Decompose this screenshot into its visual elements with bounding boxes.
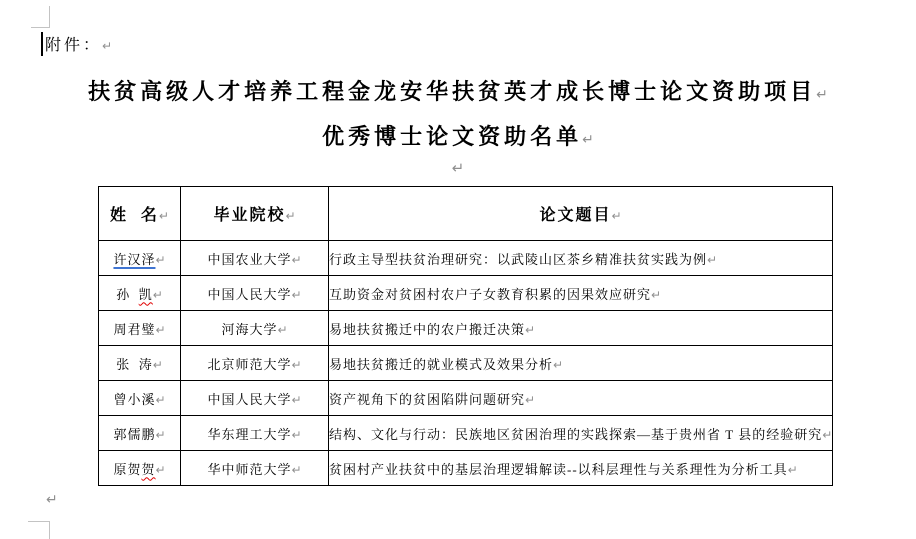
attachment-label: 附件： [45,37,102,54]
header-school-cell[interactable]: 毕业院校↵ [181,187,329,241]
header-name-label: 姓 名 [110,207,159,224]
table-header-row: 姓 名↵ 毕业院校↵ 论文题目↵ [99,187,833,241]
title-line1-text: 扶贫高级人才培养工程金龙安华扶贫英才成长博士论文资助项目 [88,79,816,104]
thesis-cell[interactable]: 资产视角下的贫困陷阱问题研究↵ [329,381,833,416]
document-page[interactable]: { "document": { "attachment_label": "附件：… [0,0,916,539]
table-row: 曾小溪↵ 中国人民大学↵ 资产视角下的贫困陷阱问题研究↵ [99,381,833,416]
thesis-text: 资产视角下的贫困陷阱问题研究 [329,392,525,407]
paragraph-mark-icon: ↵ [155,323,165,337]
paragraph-mark-icon: ↵ [707,253,717,267]
school-text: 北京师范大学 [207,357,291,372]
paragraph-mark-icon: ↵ [46,492,58,508]
paragraph-mark-icon: ↵ [525,323,535,337]
crop-mark-top-left-vertical [49,6,50,28]
name-cell[interactable]: 曾小溪↵ [99,381,181,416]
document-title[interactable]: 扶贫高级人才培养工程金龙安华扶贫英才成长博士论文资助项目↵ 优秀博士论文资助名单… [0,71,916,161]
thesis-cell[interactable]: 行政主导型扶贫治理研究：以武陵山区茶乡精准扶贫实践为例↵ [329,241,833,276]
crop-mark-top-left-horizontal [31,27,50,28]
paragraph-mark-icon: ↵ [155,393,165,407]
name-text: 周君璧 [113,322,155,337]
name-cell[interactable]: 周君璧↵ [99,311,181,346]
title-line2-text: 优秀博士论文资助名单 [322,124,582,149]
header-thesis-cell[interactable]: 论文题目↵ [329,187,833,241]
paragraph-mark-icon: ↵ [611,209,621,223]
thesis-cell[interactable]: 易地扶贫搬迁的就业模式及效果分析↵ [329,346,833,381]
paragraph-mark-icon: ↵ [155,253,165,267]
document-title-line2[interactable]: 优秀博士论文资助名单↵ [0,116,916,161]
attachment-paragraph[interactable]: 附件：↵ [45,32,112,55]
school-text: 华东理工大学 [207,427,291,442]
text-cursor [41,32,43,56]
paragraph-mark-icon: ↵ [582,132,594,148]
name-text-marked: 贺 [141,462,155,477]
thesis-cell[interactable]: 贫困村产业扶贫中的基层治理逻辑解读--以科层理性与关系理性为分析工具↵ [329,451,833,486]
paragraph-mark-icon: ↵ [159,209,169,223]
name-cell[interactable]: 孙 凯↵ [99,276,181,311]
paragraph-mark-icon: ↵ [291,288,301,302]
school-text: 中国人民大学 [207,287,291,302]
paragraph-mark-icon: ↵ [277,323,287,337]
crop-mark-bottom-left-vertical [49,521,50,539]
table-row: 原贺贺↵ 华中师范大学↵ 贫困村产业扶贫中的基层治理逻辑解读--以科层理性与关系… [99,451,833,486]
paragraph-mark-icon: ↵ [553,358,563,372]
paragraph-mark-icon: ↵ [102,39,112,53]
name-text-marked: 许汉泽 [113,252,155,267]
table-body: 许汉泽↵ 中国农业大学↵ 行政主导型扶贫治理研究：以武陵山区茶乡精准扶贫实践为例… [99,241,833,486]
paragraph-mark-icon: ↵ [153,358,163,372]
thesis-table[interactable]: 姓 名↵ 毕业院校↵ 论文题目↵ 许汉泽↵ 中国农业大学↵ 行政主导型扶贫治理研… [98,186,833,486]
thesis-text: 易地扶贫搬迁的就业模式及效果分析 [329,357,553,372]
empty-paragraph[interactable]: ↵ [0,156,916,181]
school-text: 中国农业大学 [207,252,291,267]
after-table-paragraph[interactable]: ↵ [46,490,58,510]
school-text: 中国人民大学 [207,392,291,407]
paragraph-mark-icon: ↵ [788,463,798,477]
name-text: 孙 [116,287,139,302]
paragraph-mark-icon: ↵ [452,159,465,177]
paragraph-mark-icon: ↵ [291,358,301,372]
paragraph-mark-icon: ↵ [285,209,295,223]
name-text: 郭儒鹏 [113,427,155,442]
school-cell[interactable]: 河海大学↵ [181,311,329,346]
school-cell[interactable]: 中国人民大学↵ [181,276,329,311]
paragraph-mark-icon: ↵ [291,428,301,442]
paragraph-mark-icon: ↵ [155,428,165,442]
thesis-cell[interactable]: 互助资金对贫困村农户子女教育积累的因果效应研究↵ [329,276,833,311]
table-row: 许汉泽↵ 中国农业大学↵ 行政主导型扶贫治理研究：以武陵山区茶乡精准扶贫实践为例… [99,241,833,276]
header-school-label: 毕业院校 [213,207,285,224]
thesis-text: 易地扶贫搬迁中的农户搬迁决策 [329,322,525,337]
name-text: 原贺 [113,462,141,477]
paragraph-mark-icon: ↵ [153,288,163,302]
crop-mark-bottom-left-horizontal [28,521,50,522]
table-row: 张 涛↵ 北京师范大学↵ 易地扶贫搬迁的就业模式及效果分析↵ [99,346,833,381]
school-cell[interactable]: 中国农业大学↵ [181,241,329,276]
table-row: 周君璧↵ 河海大学↵ 易地扶贫搬迁中的农户搬迁决策↵ [99,311,833,346]
paragraph-mark-icon: ↵ [291,463,301,477]
paragraph-mark-icon: ↵ [651,288,661,302]
name-text-marked: 凯 [139,287,153,302]
name-text: 曾小溪 [113,392,155,407]
paragraph-mark-icon: ↵ [155,463,165,477]
name-text: 张 涛 [116,357,153,372]
thesis-text: 行政主导型扶贫治理研究：以武陵山区茶乡精准扶贫实践为例 [329,252,707,267]
thesis-text: 贫困村产业扶贫中的基层治理逻辑解读--以科层理性与关系理性为分析工具 [329,462,788,477]
paragraph-mark-icon: ↵ [291,393,301,407]
table-row: 郭儒鹏↵ 华东理工大学↵ 结构、文化与行动：民族地区贫困治理的实践探索—基于贵州… [99,416,833,451]
school-cell[interactable]: 华中师范大学↵ [181,451,329,486]
school-text: 华中师范大学 [207,462,291,477]
school-cell[interactable]: 华东理工大学↵ [181,416,329,451]
header-name-cell[interactable]: 姓 名↵ [99,187,181,241]
thesis-text: 互助资金对贫困村农户子女教育积累的因果效应研究 [329,287,651,302]
school-cell[interactable]: 中国人民大学↵ [181,381,329,416]
paragraph-mark-icon: ↵ [822,428,832,442]
paragraph-mark-icon: ↵ [525,393,535,407]
paragraph-mark-icon: ↵ [816,87,828,103]
name-cell[interactable]: 原贺贺↵ [99,451,181,486]
paragraph-mark-icon: ↵ [291,253,301,267]
name-cell[interactable]: 张 涛↵ [99,346,181,381]
name-cell[interactable]: 郭儒鹏↵ [99,416,181,451]
school-text: 河海大学 [221,322,277,337]
thesis-cell[interactable]: 结构、文化与行动：民族地区贫困治理的实践探索—基于贵州省 T 县的经验研究↵ [329,416,833,451]
thesis-text: 结构、文化与行动：民族地区贫困治理的实践探索—基于贵州省 T 县的经验研究 [329,427,822,442]
thesis-cell[interactable]: 易地扶贫搬迁中的农户搬迁决策↵ [329,311,833,346]
school-cell[interactable]: 北京师范大学↵ [181,346,329,381]
name-cell[interactable]: 许汉泽↵ [99,241,181,276]
table-row: 孙 凯↵ 中国人民大学↵ 互助资金对贫困村农户子女教育积累的因果效应研究↵ [99,276,833,311]
header-thesis-label: 论文题目 [539,207,611,224]
document-title-line1[interactable]: 扶贫高级人才培养工程金龙安华扶贫英才成长博士论文资助项目↵ [0,71,916,116]
